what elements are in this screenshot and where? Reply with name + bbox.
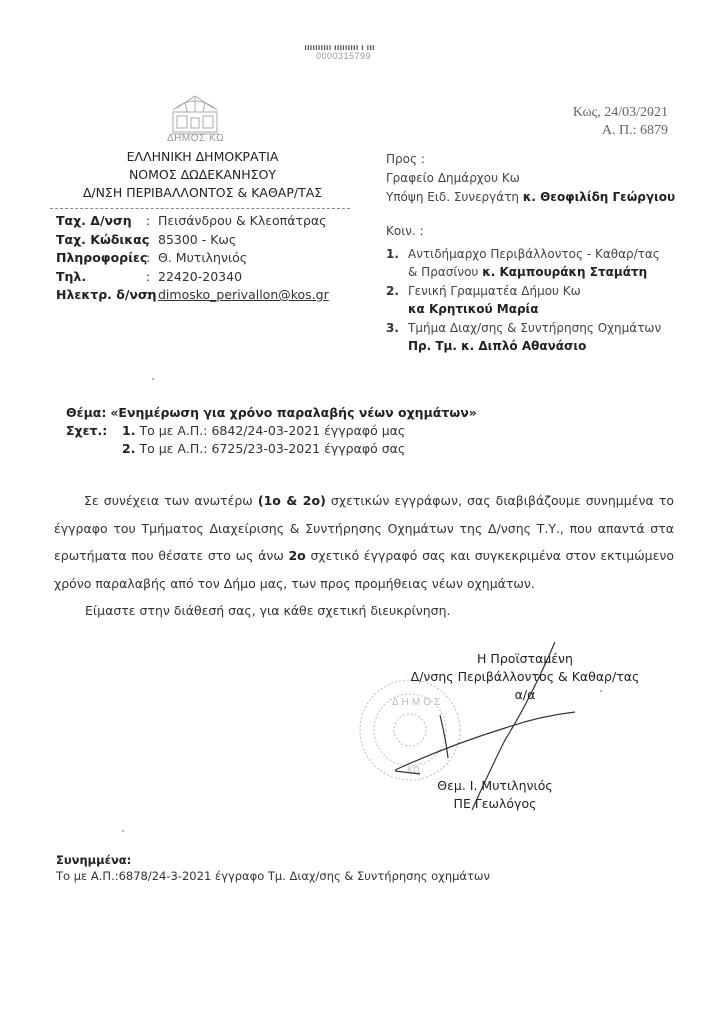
info-row-address: Ταχ. Δ/νση : Πεισάνδρου & Κλεοπάτρας: [56, 212, 329, 231]
place-date: Κως, 24/03/2021: [573, 104, 668, 122]
scan-speck: [600, 690, 602, 692]
info-separator: :: [146, 249, 158, 268]
cc-person: κα Κρητικού Μαρία: [408, 302, 538, 316]
attachment-item: Το με Α.Π.:6878/24-3-2021 έγγραφο Τμ. Δι…: [56, 868, 490, 884]
info-row-postcode: Ταχ. Κώδικας : 85300 - Κως: [56, 231, 329, 250]
header-line-2: ΝΟΜΟΣ ΔΩΔΕΚΑΝΗΣΟΥ: [55, 166, 350, 184]
cc-number: 1.: [386, 245, 408, 282]
barcode: ▌▌▌▌▌▌▌▌▌▌ ▌▌▌▌▌▌▌▌▌ ▌ ▌▌▌: [305, 45, 375, 50]
date-protocol-block: Κως, 24/03/2021 Α. Π.: 6879: [573, 104, 668, 140]
body-line-1: Σε συνέχεια των ανωτέρω (1ο & 2ο) σχετικ…: [54, 487, 674, 515]
cc-person: Πρ. Τμ. κ. Διπλό Αθανάσιο: [408, 339, 586, 353]
info-label: Ηλεκτρ. δ/νση: [56, 286, 146, 305]
scan-speck: [152, 378, 154, 380]
body-line-4: χρόνο παραλαβής από τον Δήμο μας, των πρ…: [54, 570, 674, 598]
references: Σχετ.: 1. Το με Α.Π.: 6842/24-03-2021 έγ…: [66, 422, 477, 458]
scan-speck: [650, 112, 652, 114]
info-label: Πληροφορίες: [56, 249, 146, 268]
body-text-span: ερωτήματα που θέσατε στο ως άνω: [54, 548, 288, 563]
cc-number: 3.: [386, 319, 408, 356]
cc-line-2-prefix: & Πρασίνου: [408, 265, 482, 279]
cc-item: 2. Γενική Γραμματέα Δήμου Κω κα Κρητικού…: [386, 282, 661, 319]
info-row-phone: Τηλ. : 22420-20340: [56, 268, 329, 287]
cc-line-1: Τμήμα Διαχ/σης & Συντήρησης Οχημάτων: [408, 319, 661, 338]
body-text-span: σχετικό έγγραφό σας και συγκεκριμένα στο…: [306, 548, 674, 563]
cc-line-2: & Πρασίνου κ. Καμπουράκη Σταμάτη: [408, 263, 660, 282]
subject-block: Θέμα: «Ενημέρωση για χρόνο παραλαβής νέω…: [66, 404, 477, 458]
cc-item: 3. Τμήμα Διαχ/σης & Συντήρησης Οχημάτων …: [386, 319, 661, 356]
reference-number: 2.: [122, 441, 135, 456]
cc-person: κ. Καμπουράκη Σταμάτη: [482, 265, 647, 279]
info-separator: :: [146, 268, 158, 287]
references-label: Σχετ.:: [66, 422, 122, 458]
logo-caption: ΔΗΜΟΣ ΚΩ: [167, 133, 224, 144]
info-value: Θ. Μυτιληνιός: [158, 249, 247, 268]
body-closing: Είμαστε στην διάθεσή σας, για κάθε σχετι…: [54, 597, 674, 625]
recipient-title: Προς :: [386, 150, 675, 169]
cc-item: 1. Αντιδήμαρχο Περιβάλλοντος - Καθαρ/τας…: [386, 245, 661, 282]
info-label: Τηλ.: [56, 268, 146, 287]
body-text-span: Σε συνέχεια των ανωτέρω: [84, 493, 258, 508]
cc-title: Κοιν. :: [386, 222, 661, 241]
cc-line-1: Αντιδήμαρχο Περιβάλλοντος - Καθαρ/τας: [408, 245, 660, 264]
protocol-number: Α. Π.: 6879: [573, 122, 668, 140]
header-line-3: Δ/ΝΣΗ ΠΕΡΙΒΑΛΛΟΝΤΟΣ & ΚΑΘΑΡ/ΤΑΣ: [55, 184, 350, 202]
attachments-title: Συνημμένα:: [56, 852, 490, 868]
recipient-line-2-prefix: Υπόψη Ειδ. Συνεργάτη: [386, 190, 523, 204]
info-separator: :: [146, 286, 158, 305]
recipient-block: Προς : Γραφείο Δημάρχου Κω Υπόψη Ειδ. Συ…: [386, 150, 675, 207]
issuer-header: ΕΛΛΗΝΙΚΗ ΔΗΜΟΚΡΑΤΙΑ ΝΟΜΟΣ ΔΩΔΕΚΑΝΗΣΟΥ Δ/…: [55, 148, 350, 202]
info-label: Ταχ. Κώδικας: [56, 231, 146, 250]
body-text-span: σχετικών εγγράφων, σας διαβιβάζουμε συνη…: [326, 493, 674, 508]
signatory-name: Θεμ. Ι. Μυτιληνιός: [400, 777, 590, 795]
info-row-email: Ηλεκτρ. δ/νση : dimosko_perivallon@kos.g…: [56, 286, 329, 305]
contact-info: Ταχ. Δ/νση : Πεισάνδρου & Κλεοπάτρας Ταχ…: [56, 212, 329, 305]
reference-text: Το με Α.Π.: 6725/23-03-2021 έγγραφό σας: [139, 441, 405, 456]
info-separator: :: [146, 212, 158, 231]
attachments-block: Συνημμένα: Το με Α.Π.:6878/24-3-2021 έγγ…: [56, 852, 490, 884]
reference-item: 1. Το με Α.Π.: 6842/24-03-2021 έγγραφό μ…: [122, 422, 405, 440]
cc-line-2: κα Κρητικού Μαρία: [408, 300, 581, 319]
subject-label: Θέμα:: [66, 405, 106, 420]
body-bold-span: (1ο & 2ο): [258, 493, 326, 508]
letter-body: Σε συνέχεια των ανωτέρω (1ο & 2ο) σχετικ…: [54, 487, 674, 625]
reference-number: 1.: [122, 423, 135, 438]
body-line-3: ερωτήματα που θέσατε στο ως άνω 2ο σχετι…: [54, 542, 674, 570]
cc-line-1: Γενική Γραμματέα Δήμου Κω: [408, 282, 581, 301]
reference-text: Το με Α.Π.: 6842/24-03-2021 έγγραφό μας: [139, 423, 405, 438]
subject-text: «Ενημέρωση για χρόνο παραλαβής νέων οχημ…: [110, 405, 476, 420]
scan-speck: [122, 830, 124, 832]
barcode-number: 0000315799: [316, 51, 371, 61]
municipality-logo-icon: [165, 90, 225, 138]
cc-line-2: Πρ. Τμ. κ. Διπλό Αθανάσιο: [408, 337, 661, 356]
info-separator: :: [146, 231, 158, 250]
recipient-line-2: Υπόψη Ειδ. Συνεργάτη κ. Θεοφιλίδη Γεώργι…: [386, 188, 675, 207]
signatory: Θεμ. Ι. Μυτιληνιός ΠΕ Γεωλόγος: [400, 777, 590, 813]
cc-block: Κοιν. : 1. Αντιδήμαρχο Περιβάλλοντος - Κ…: [386, 222, 661, 356]
info-value: 85300 - Κως: [158, 231, 236, 250]
info-row-contact-person: Πληροφορίες : Θ. Μυτιληνιός: [56, 249, 329, 268]
info-value: Πεισάνδρου & Κλεοπάτρας: [158, 212, 327, 231]
signatory-title: ΠΕ Γεωλόγος: [400, 795, 590, 813]
body-line-2: έγγραφο του Τμήματος Διαχείρισης & Συντή…: [54, 515, 674, 543]
info-label: Ταχ. Δ/νση: [56, 212, 146, 231]
subject-line: Θέμα: «Ενημέρωση για χρόνο παραλαβής νέω…: [66, 404, 477, 422]
body-bold-span: 2ο: [288, 548, 305, 563]
cc-number: 2.: [386, 282, 408, 319]
header-line-1: ΕΛΛΗΝΙΚΗ ΔΗΜΟΚΡΑΤΙΑ: [55, 148, 350, 166]
recipient-line-1: Γραφείο Δημάρχου Κω: [386, 169, 675, 188]
email-link[interactable]: dimosko_perivallon@kos.gr: [158, 286, 329, 305]
recipient-person: κ. Θεοφιλίδη Γεώργιου: [523, 190, 675, 204]
reference-item: 2. Το με Α.Π.: 6725/23-03-2021 έγγραφό σ…: [122, 440, 405, 458]
info-value: 22420-20340: [158, 268, 242, 287]
header-divider: [50, 208, 350, 209]
